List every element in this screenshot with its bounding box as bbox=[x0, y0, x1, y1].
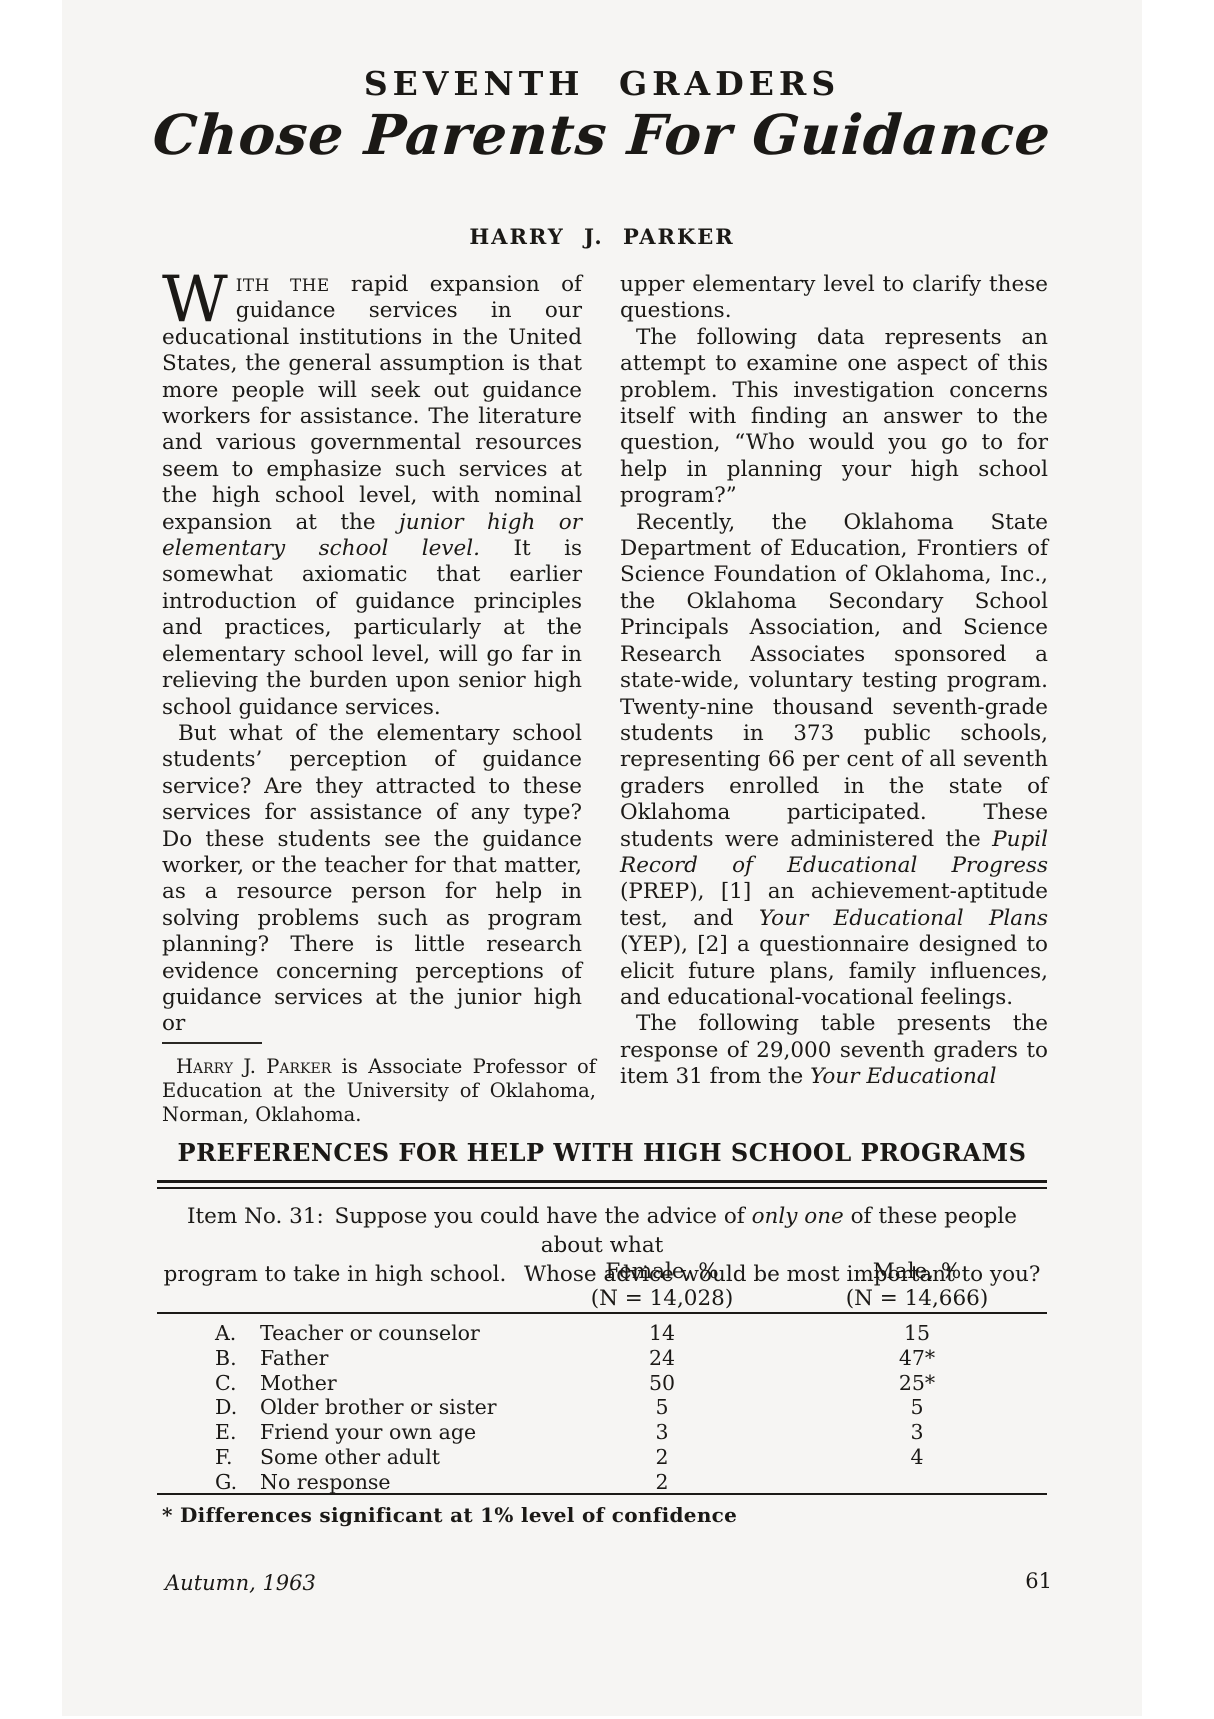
table-row: E. Friend your own age 3 3 bbox=[157, 1420, 1047, 1445]
row-letter: D. bbox=[215, 1395, 237, 1419]
row-male-value: 5 bbox=[812, 1395, 1022, 1419]
article-script-title: Chose Parents For Guidance bbox=[60, 102, 1145, 167]
table-row: F. Some other adult 2 4 bbox=[157, 1445, 1047, 1470]
row-letter: E. bbox=[215, 1420, 236, 1444]
table-row: B. Father 24 47* bbox=[157, 1346, 1047, 1371]
author-footnote: Harry J. Parker is Associate Professor o… bbox=[162, 1042, 596, 1126]
paragraph-5: Recently, the Oklahoma State Department … bbox=[620, 510, 1048, 1012]
table-rows: A. Teacher or counselor 14 15 B. Father … bbox=[157, 1321, 1047, 1495]
right-column: upper elementary level to clarify these … bbox=[620, 272, 1048, 1091]
paragraph-4: The following data represents an attempt… bbox=[620, 325, 1048, 510]
female-n-count: (N = 14,028) bbox=[557, 1285, 767, 1312]
row-female-value: 3 bbox=[557, 1420, 767, 1444]
paragraph-6: The following table presents the respons… bbox=[620, 1011, 1048, 1090]
paragraph-5-italic-yep: Your Educational Plans bbox=[759, 906, 1048, 931]
paragraph-5-text: Recently, the Oklahoma State Department … bbox=[620, 510, 1048, 852]
scanned-page: SEVENTH GRADERS Chose Parents For Guidan… bbox=[62, 0, 1142, 1716]
row-letter: A. bbox=[215, 1321, 236, 1345]
row-female-value: 2 bbox=[557, 1445, 767, 1469]
item-question-line1: Item No. 31: Suppose you could have the … bbox=[157, 1202, 1047, 1260]
paragraph-5-end: (YEP), [2] a questionnaire designed to e… bbox=[620, 932, 1048, 1010]
female-header-label: Female, % bbox=[557, 1258, 767, 1285]
row-label: Older brother or sister bbox=[260, 1395, 497, 1419]
table-heading: PREFERENCES FOR HELP WITH HIGH SCHOOL PR… bbox=[157, 1138, 1047, 1167]
row-label: Mother bbox=[260, 1371, 337, 1395]
male-n-count: (N = 14,666) bbox=[812, 1285, 1022, 1312]
row-male-value: 25* bbox=[812, 1371, 1022, 1395]
male-column-header: Male, % (N = 14,666) bbox=[812, 1258, 1022, 1312]
female-column-header: Female, % (N = 14,028) bbox=[557, 1258, 767, 1312]
table-row: G. No response 2 bbox=[157, 1470, 1047, 1495]
table-header-rule bbox=[157, 1312, 1047, 1314]
row-female-value: 5 bbox=[557, 1395, 767, 1419]
row-label: Teacher or counselor bbox=[260, 1321, 480, 1345]
row-label: Father bbox=[260, 1346, 328, 1370]
row-female-value: 24 bbox=[557, 1346, 767, 1370]
table-row: D. Older brother or sister 5 5 bbox=[157, 1395, 1047, 1420]
paragraph-2: But what of the elementary school studen… bbox=[162, 721, 582, 1038]
table-top-double-rule bbox=[157, 1180, 1047, 1189]
issue-date: Autumn, 1963 bbox=[165, 1571, 316, 1595]
row-male-value: 15 bbox=[812, 1321, 1022, 1345]
left-column: WITH THE rapid expansion of guidance ser… bbox=[162, 272, 582, 1038]
small-caps-lead: ITH THE bbox=[236, 275, 330, 295]
drop-cap: W bbox=[162, 272, 236, 323]
row-label: Friend your own age bbox=[260, 1420, 476, 1444]
item-number-label: Item No. 31: bbox=[187, 1204, 324, 1229]
paragraph-3: upper elementary level to clarify these … bbox=[620, 272, 1048, 325]
row-label: No response bbox=[260, 1470, 391, 1494]
table-row: A. Teacher or counselor 14 15 bbox=[157, 1321, 1047, 1346]
row-male-value: 4 bbox=[812, 1445, 1022, 1469]
row-female-value: 2 bbox=[557, 1470, 767, 1494]
table-significance-footnote: * Differences significant at 1% level of… bbox=[162, 1503, 737, 1527]
item-question-text: Suppose you could have the advice of bbox=[324, 1204, 752, 1229]
table-row: C. Mother 50 25* bbox=[157, 1371, 1047, 1396]
row-letter: B. bbox=[215, 1346, 237, 1370]
row-letter: G. bbox=[215, 1470, 237, 1494]
row-letter: F. bbox=[215, 1445, 233, 1469]
row-letter: C. bbox=[215, 1371, 236, 1395]
footnote-rule bbox=[162, 1042, 262, 1044]
paragraph-1-end: It is somewhat axiomatic that earlier in… bbox=[162, 536, 582, 719]
page-number: 61 bbox=[1012, 1569, 1052, 1593]
male-header-label: Male, % bbox=[812, 1258, 1022, 1285]
row-female-value: 50 bbox=[557, 1371, 767, 1395]
article-author: HARRY J. PARKER bbox=[62, 224, 1142, 249]
paragraph-1: WITH THE rapid expansion of guidance ser… bbox=[162, 272, 582, 721]
row-male-value: 47* bbox=[812, 1346, 1022, 1370]
row-male-value: 3 bbox=[812, 1420, 1022, 1444]
table-bottom-rule bbox=[157, 1493, 1047, 1495]
journal-page: { "page": { "kicker": "SEVENTH GRADERS",… bbox=[0, 0, 1214, 1719]
paragraph-6-italic: Your Educational bbox=[810, 1064, 996, 1089]
item-question-italic: only one bbox=[752, 1204, 844, 1229]
row-female-value: 14 bbox=[557, 1321, 767, 1345]
author-footnote-name: Harry J. Parker bbox=[176, 1055, 331, 1078]
article-kicker: SEVENTH GRADERS bbox=[62, 64, 1142, 103]
author-footnote-text: Harry J. Parker is Associate Professor o… bbox=[162, 1055, 596, 1126]
row-label: Some other adult bbox=[260, 1445, 440, 1469]
